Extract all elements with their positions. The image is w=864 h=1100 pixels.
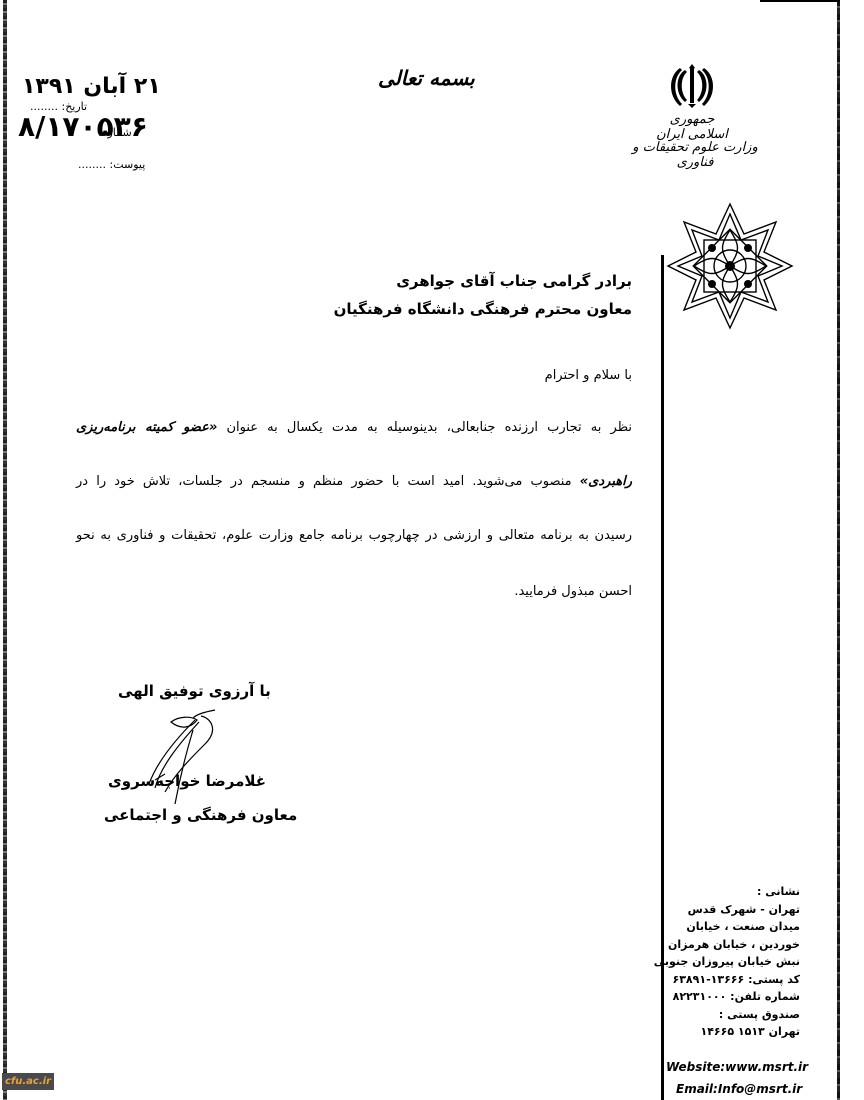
body-line-1-text: نظر به تجارب ارزنده جنابعالی، بدینوسیله …: [217, 420, 632, 435]
email-link[interactable]: Email:Info@msrt.ir: [676, 1082, 802, 1096]
closing-wish: با آرزوی توفیق الهی: [118, 682, 271, 700]
org-name-country: جمهوری اسلامی ایران: [652, 112, 732, 142]
body-line-3-text: رسیدن به برنامه متعالی و ارزشی در چهارچو…: [76, 528, 632, 543]
recipient-line-1: برادر گرامی جناب آقای جواهری: [396, 272, 632, 290]
body-line-3: رسیدن به برنامه متعالی و ارزشی در چهارچو…: [76, 528, 632, 543]
po-box-value: تهران ۱۵۱۳ ۱۴۶۶۵: [650, 1023, 800, 1041]
recipient-line-2: معاون محترم فرهنگی دانشگاه فرهنگیان: [334, 300, 632, 318]
iran-emblem-icon: [668, 60, 716, 110]
scan-border-top: [760, 0, 840, 2]
attachment-dots: ........: [78, 158, 106, 171]
signer-title: معاون فرهنگی و اجتماعی: [104, 806, 297, 824]
website-link[interactable]: Website:www.msrt.ir: [666, 1060, 808, 1074]
attachment-label: پیوست:: [109, 158, 145, 171]
bismillah-heading: بسمه تعالی: [378, 66, 475, 90]
body-line-4: احسن مبذول فرمایید.: [514, 584, 632, 599]
body-line-1: نظر به تجارب ارزنده جنابعالی، بدینوسیله …: [76, 420, 632, 435]
body-line-2-text: منصوب می‌شوید. امید است با حضور منظم و م…: [76, 474, 580, 489]
number-field: شماره:: [98, 126, 132, 139]
handwritten-signature: [135, 700, 235, 810]
org-name-ministry: وزارت علوم تحقیقات و فناوری: [630, 140, 760, 170]
number-label: شماره:: [98, 126, 132, 139]
body-line-1-emphasis: «عضو کمیته برنامه‌ریزی: [76, 420, 217, 435]
scan-border-right: [837, 0, 840, 1100]
body-line-4-text: احسن مبذول فرمایید.: [514, 584, 632, 599]
attachment-field: پیوست: ........: [78, 158, 145, 171]
address-line: تهران - شهرک قدس: [650, 901, 800, 919]
address-line: نشانی :: [650, 883, 800, 901]
handwritten-date: ۲۱ آبان ۱۳۹۱: [22, 74, 161, 99]
phone-number: شماره تلفن: ۸۲۲۳۱۰۰۰: [650, 988, 800, 1006]
scan-border-left: [3, 0, 7, 1100]
watermark-badge: cfu.ac.ir: [2, 1073, 54, 1090]
address-line: میدان صنعت ، خیابان: [650, 918, 800, 936]
islamic-star-ornament-icon: [664, 200, 796, 332]
ministry-address: نشانی : تهران - شهرک قدس میدان صنعت ، خی…: [650, 883, 800, 1041]
body-line-2: راهبردی» منصوب می‌شوید. امید است با حضور…: [76, 474, 632, 489]
body-line-2-emphasis: راهبردی»: [580, 474, 632, 489]
po-box-label: صندوق پستی :: [650, 1006, 800, 1024]
address-line: نبش خیابان پیروزان جنوبی: [650, 953, 800, 971]
signer-name: غلامرضا خواجه‌سروی: [108, 772, 266, 790]
address-line: خوردین ، خیابان هرمزان ،: [650, 936, 800, 954]
greeting: با سلام و احترام: [545, 368, 632, 383]
postal-code: کد پستی: ۱۳۶۶۶-۶۳۸۹۱: [650, 971, 800, 989]
